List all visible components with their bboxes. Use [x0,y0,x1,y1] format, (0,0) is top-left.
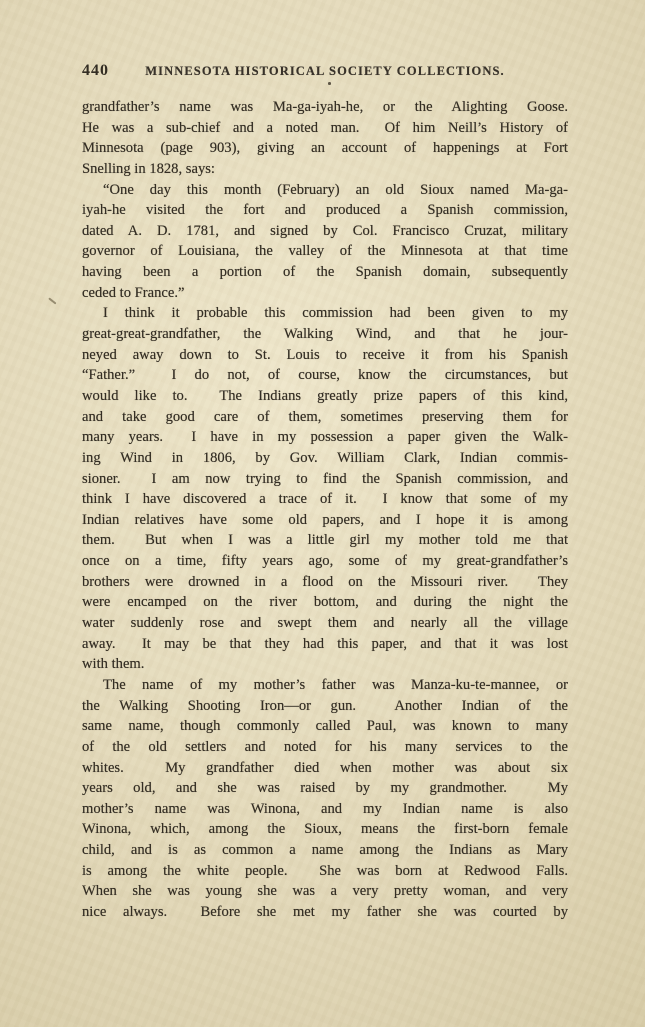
text-line: mother’s name was Winona, and my Indian … [82,799,568,820]
text-line: dated A. D. 1781, and signed by Col. Fra… [82,221,568,242]
text-column: 440 MINNESOTA HISTORICAL SOCIETY COLLECT… [82,62,568,923]
text-line: governor of Louisiana, the valley of the… [82,241,568,262]
text-line: ing Wind in 1806, by Gov. William Clark,… [82,448,568,469]
text-line: “One day this month (February) an old Si… [82,180,568,201]
print-artifact-dot [328,82,331,85]
text-line: The name of my mother’s father was Manza… [82,675,568,696]
text-line: I think it probable this commission had … [82,303,568,324]
text-line: years old, and she was raised by my gran… [82,778,568,799]
book-page: 440 MINNESOTA HISTORICAL SOCIETY COLLECT… [0,0,645,1027]
text-line: ceded to France.” [82,283,568,304]
text-line: brothers were drowned in a flood on the … [82,572,568,593]
text-line: think I have discovered a trace of it. I… [82,489,568,510]
text-block: grandfather’s name was Ma-ga-iyah-he, or… [82,97,568,923]
text-line: water suddenly rose and swept them and n… [82,613,568,634]
margin-stray-mark [48,297,56,304]
text-line: Minnesota (page 903), giving an account … [82,138,568,159]
text-line: would like to. The Indians greatly prize… [82,386,568,407]
text-line: once on a time, fifty years ago, some of… [82,551,568,572]
text-line: Indian relatives have some old papers, a… [82,510,568,531]
text-line: neyed away down to St. Louis to receive … [82,345,568,366]
text-line: whites. My grandfather died when mother … [82,758,568,779]
text-line: grandfather’s name was Ma-ga-iyah-he, or… [82,97,568,118]
text-line: When she was young she was a very pretty… [82,881,568,902]
text-line: away. It may be that they had this paper… [82,634,568,655]
text-line: great-great-grandfather, the Walking Win… [82,324,568,345]
text-line: He was a sub-chief and a noted man. Of h… [82,118,568,139]
text-line: same name, though commonly called Paul, … [82,716,568,737]
text-line: sioner. I am now trying to find the Span… [82,469,568,490]
text-line: the Walking Shooting Iron—or gun. Anothe… [82,696,568,717]
text-line: is among the white people. She was born … [82,861,568,882]
page-header: 440 MINNESOTA HISTORICAL SOCIETY COLLECT… [82,62,568,80]
text-line: of the old settlers and noted for his ma… [82,737,568,758]
text-line: with them. [82,654,568,675]
text-line: many years. I have in my possession a pa… [82,427,568,448]
text-line: child, and is as common a name among the… [82,840,568,861]
text-line: having been a portion of the Spanish dom… [82,262,568,283]
text-line: and take good care of them, sometimes pr… [82,407,568,428]
text-line: “Father.” I do not, of course, know the … [82,365,568,386]
text-line: iyah-he visited the fort and produced a … [82,200,568,221]
page-number: 440 [82,62,109,80]
text-line: them. But when I was a little girl my mo… [82,530,568,551]
running-header-title: MINNESOTA HISTORICAL SOCIETY COLLECTIONS… [145,64,505,78]
text-line: Winona, which, among the Sioux, means th… [82,819,568,840]
text-line: Snelling in 1828, says: [82,159,568,180]
text-line: were encamped on the river bottom, and d… [82,592,568,613]
text-line: nice always. Before she met my father sh… [82,902,568,923]
